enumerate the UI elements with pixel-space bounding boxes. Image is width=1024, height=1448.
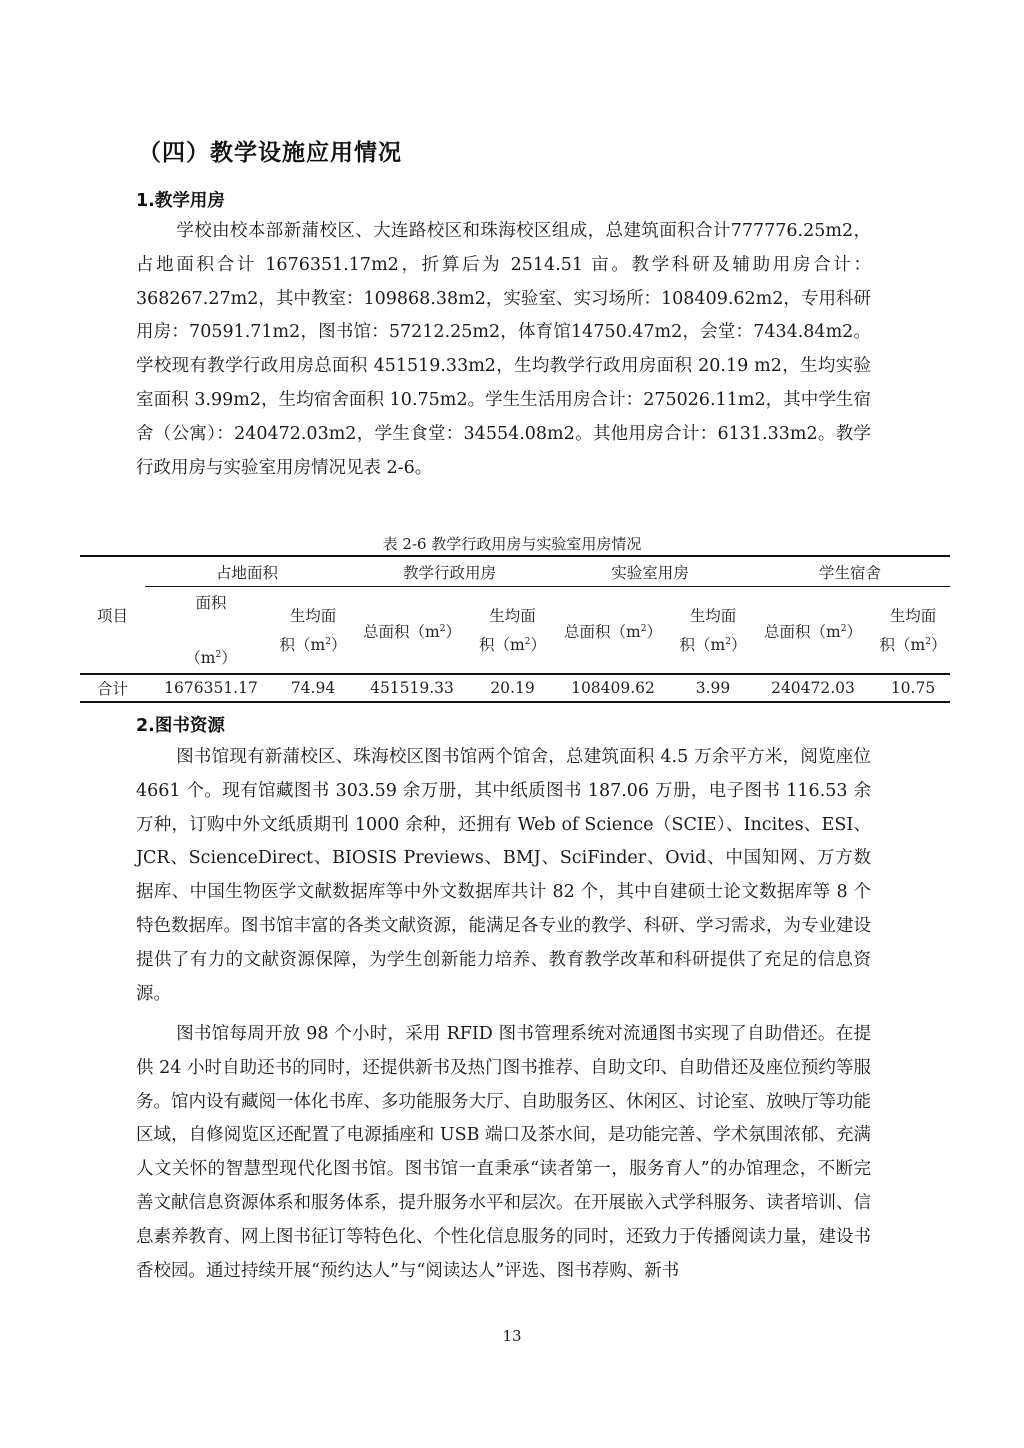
section-title: （四）教学设施应用情况: [138, 134, 402, 167]
cell: 108409.62: [550, 674, 676, 702]
group-header-dormitory: 学生宿舍: [750, 556, 950, 587]
col-header-per-student: 生均面积（m2）: [676, 587, 750, 675]
cell: 240472.03: [750, 674, 876, 702]
group-header-admin-rooms: 教学行政用房: [349, 556, 550, 587]
cell: 3.99: [676, 674, 750, 702]
cell: 74.94: [277, 674, 349, 702]
subsection-heading-library: 2.图书资源: [136, 712, 225, 737]
col-header-total-area: 总面积（m2）: [750, 587, 876, 675]
cell: 451519.33: [349, 674, 475, 702]
page-number: 13: [0, 1327, 1024, 1345]
col-header-per-student: 生均面积（m2）: [475, 587, 550, 675]
col-header-total-area: 总面积（m2）: [349, 587, 475, 675]
subsection-heading-teaching-rooms: 1.教学用房: [136, 187, 225, 212]
cell: 20.19: [475, 674, 550, 702]
group-header-land-area: 占地面积: [145, 556, 349, 587]
table-row: 合计 1676351.17 74.94 451519.33 20.19 1084…: [80, 674, 950, 702]
document-page: （四）教学设施应用情况 1.教学用房 学校由校本部新蒲校区、大连路校区和珠海校区…: [0, 0, 1024, 1448]
rooms-table: 项目 占地面积 教学行政用房 实验室用房 学生宿舍 面积（m2） 生均面积（m2…: [80, 555, 950, 703]
row-header: 项目: [80, 556, 145, 674]
paragraph-library-services: 图书馆每周开放 98 个小时，采用 RFID 图书管理系统对流通图书实现了自助借…: [136, 1018, 871, 1288]
col-header-area: 面积（m2）: [145, 587, 277, 675]
col-header-per-student: 生均面积（m2）: [876, 587, 950, 675]
paragraph-library-resources: 图书馆现有新蒲校区、珠海校区图书馆两个馆舍，总建筑面积 4.5 万余平方米，阅览…: [136, 741, 871, 1011]
group-header-lab-rooms: 实验室用房: [550, 556, 750, 587]
cell: 10.75: [876, 674, 950, 702]
cell: 1676351.17: [145, 674, 277, 702]
table-caption: 表 2-6 教学行政用房与实验室用房情况: [0, 533, 1024, 554]
col-header-total-area: 总面积（m2）: [550, 587, 676, 675]
col-header-per-student: 生均面积（m2）: [277, 587, 349, 675]
row-label: 合计: [80, 674, 145, 702]
paragraph-teaching-rooms: 学校由校本部新蒲校区、大连路校区和珠海校区组成，总建筑面积合计777776.25…: [136, 215, 871, 485]
